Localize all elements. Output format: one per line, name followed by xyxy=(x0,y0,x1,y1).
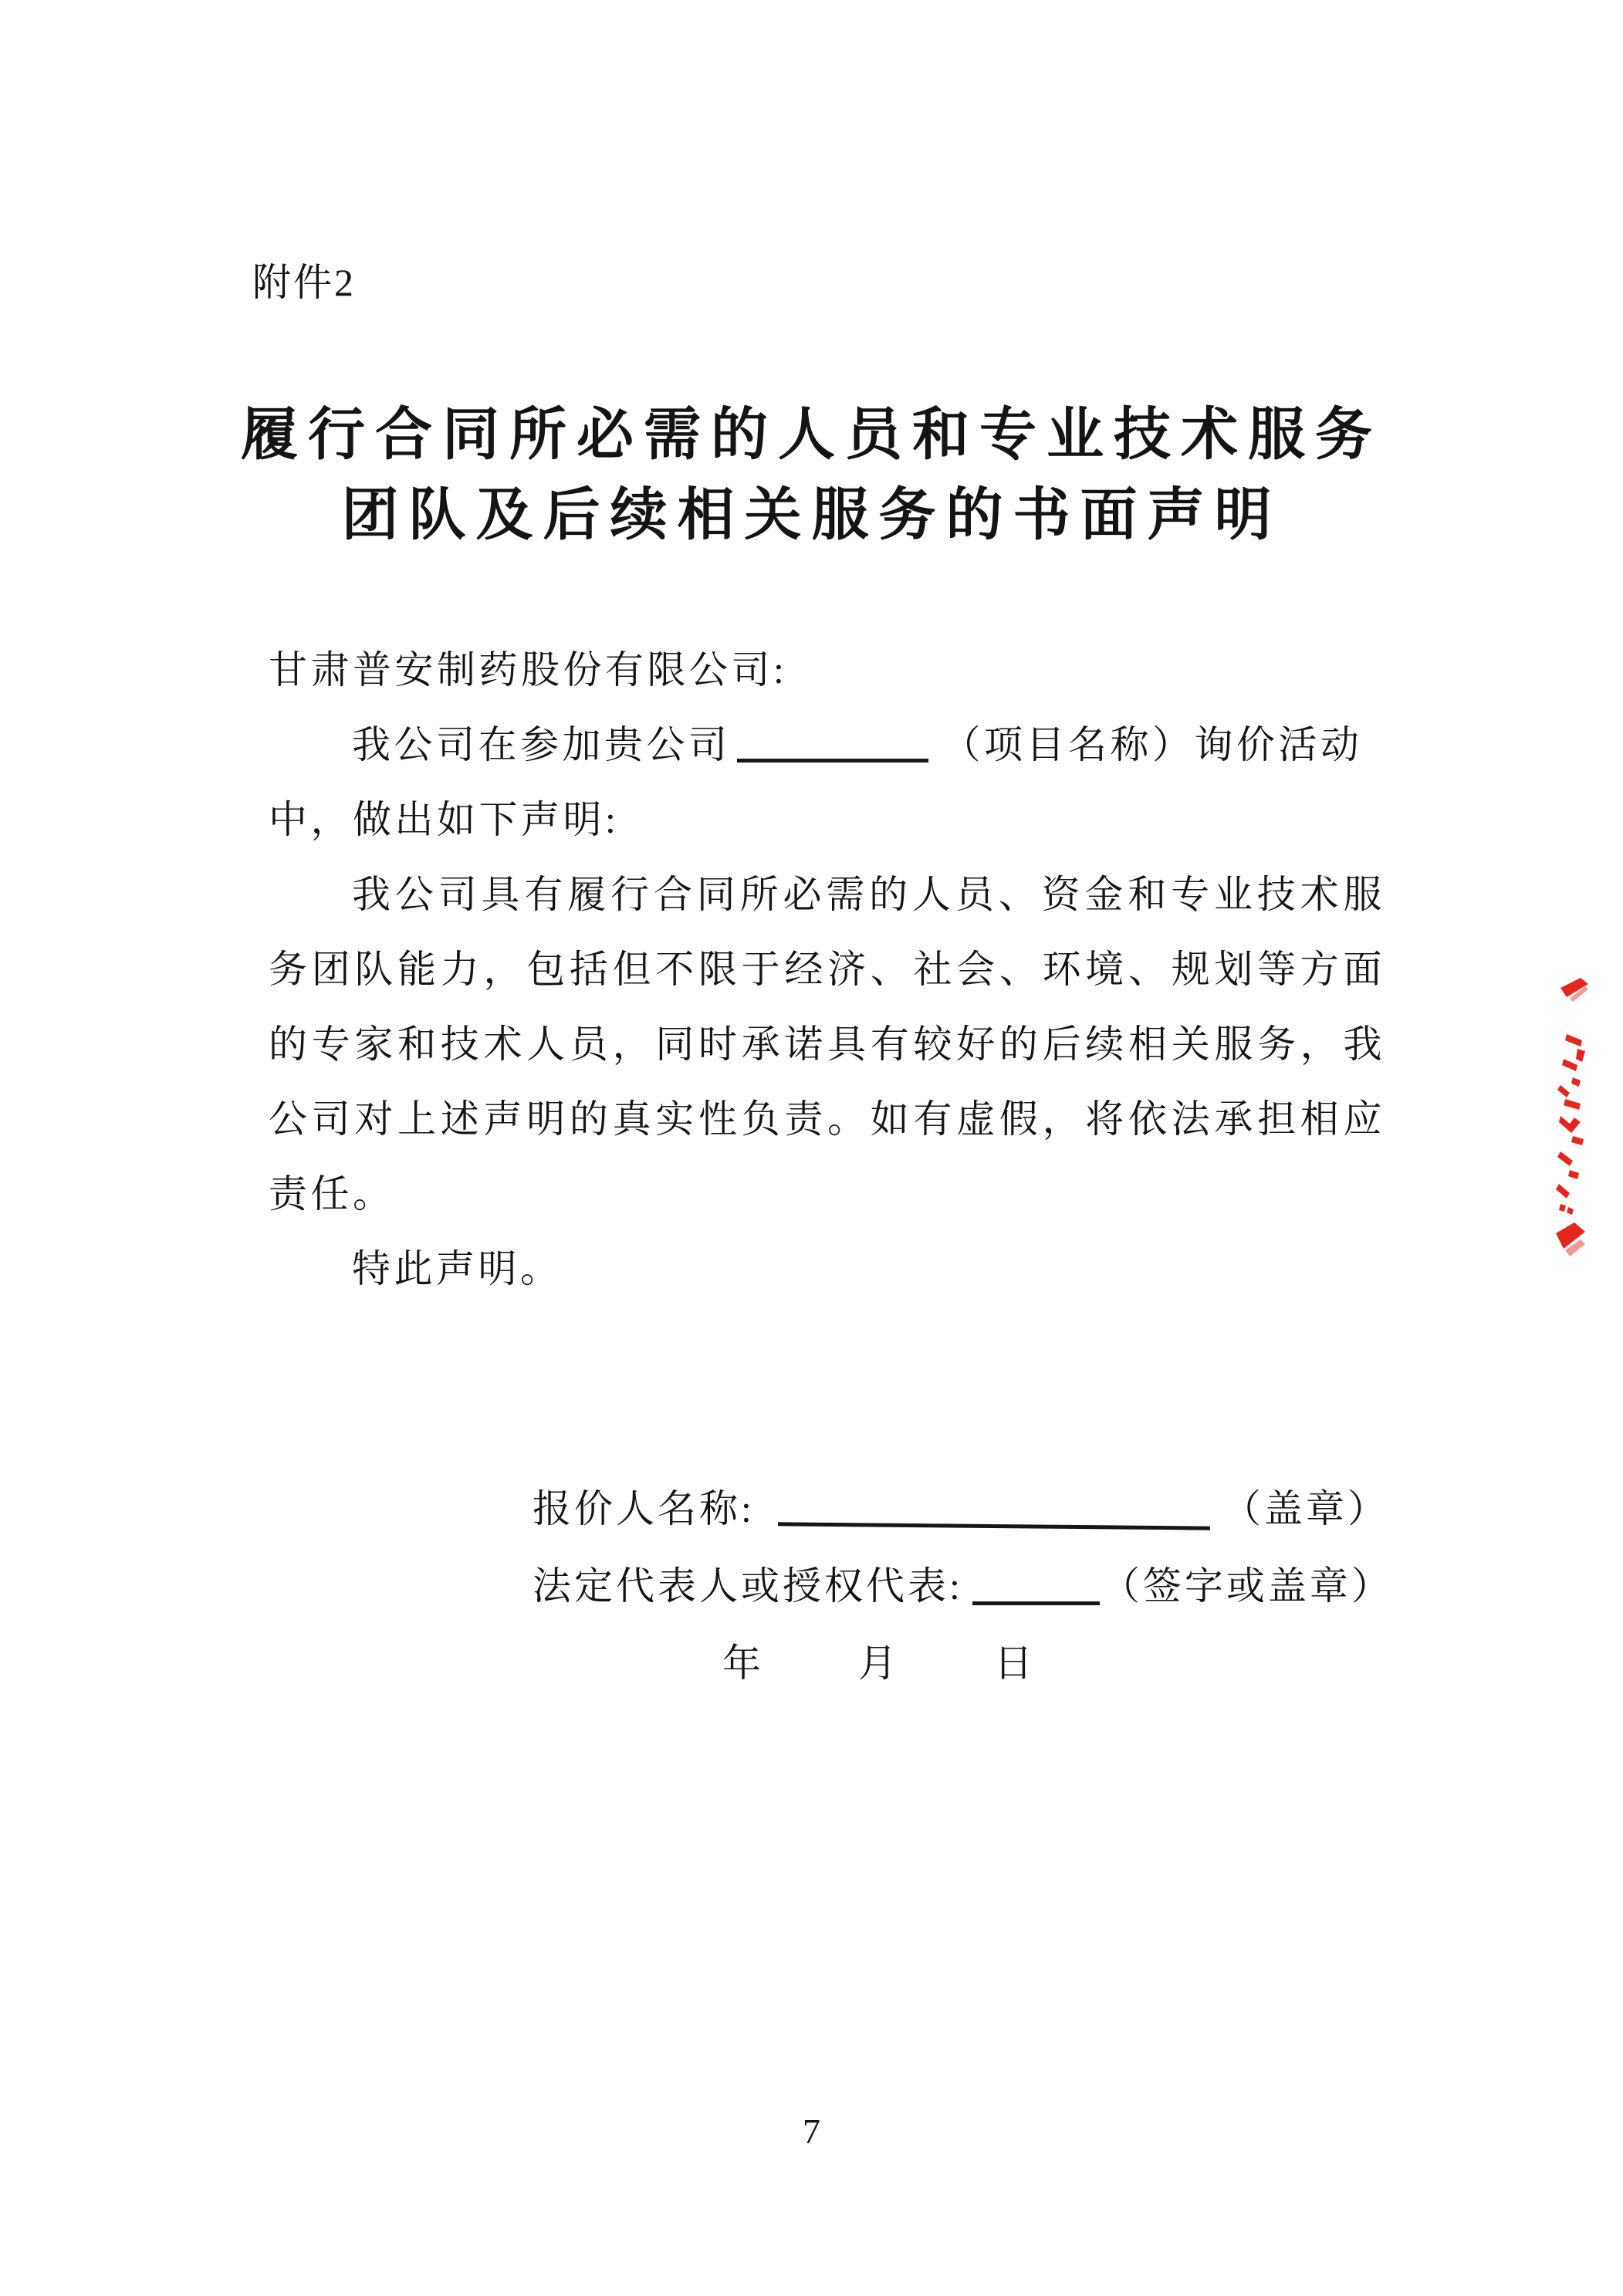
seal-note: （盖章） xyxy=(1222,1487,1389,1530)
body-text: 甘肃普安制药股份有限公司: 我公司在参加贵公司（项目名称）询价活动 中，做出如下… xyxy=(269,633,1385,1307)
body-line-project-post: （项目名称）询价活动 xyxy=(942,723,1363,766)
date-month-label: 月 xyxy=(858,1642,900,1685)
bidder-name-label: 报价人名称: xyxy=(533,1487,755,1530)
document-title-line2: 团队及后续相关服务的书面声明 xyxy=(0,475,1623,556)
bidder-name-line: 报价人名称:（盖章） xyxy=(533,1470,1459,1547)
bidder-name-blank xyxy=(778,1522,1210,1530)
body-line-project-pre: 我公司在参加贵公司 xyxy=(352,723,731,766)
date-day-label: 日 xyxy=(994,1642,1036,1685)
sign-or-seal-note: （签字或盖章） xyxy=(1101,1564,1393,1608)
red-seal-fragment xyxy=(1554,976,1594,1264)
representative-blank xyxy=(972,1601,1100,1605)
signature-block: 报价人名称:（盖章） 法定代表人或授权代表:（签字或盖章） 年月日 xyxy=(533,1470,1459,1702)
body-line-8: 责任。 xyxy=(269,1157,1385,1232)
attachment-label: 附件2 xyxy=(252,252,356,307)
document-page: 附件2 履行合同所必需的人员和专业技术服务 团队及后续相关服务的书面声明 甘肃普… xyxy=(0,0,1623,2296)
representative-line: 法定代表人或授权代表:（签字或盖章） xyxy=(533,1547,1459,1625)
body-line-6: 的专家和技术人员，同时承诺具有较好的后续相关服务，我 xyxy=(269,1007,1385,1082)
body-line-4: 我公司具有履行合同所必需的人员、资金和专业技术服 xyxy=(269,857,1385,932)
document-title: 履行合同所必需的人员和专业技术服务 团队及后续相关服务的书面声明 xyxy=(0,395,1623,556)
body-line-3: 中，做出如下声明: xyxy=(269,783,1385,857)
representative-label: 法定代表人或授权代表: xyxy=(533,1564,963,1608)
page-number: 7 xyxy=(0,2111,1623,2152)
body-line-project: 我公司在参加贵公司（项目名称）询价活动 xyxy=(269,708,1385,783)
salutation-line: 甘肃普安制药股份有限公司: xyxy=(269,633,1385,708)
body-line-7: 公司对上述声明的真实性负责。如有虚假，将依法承担相应 xyxy=(269,1082,1385,1157)
body-line-5: 务团队能力，包括但不限于经济、社会、环境、规划等方面 xyxy=(269,932,1385,1007)
date-year-label: 年 xyxy=(722,1642,764,1685)
project-name-blank xyxy=(737,759,928,763)
declaration-closing-line: 特此声明。 xyxy=(269,1232,1385,1307)
document-title-line1: 履行合同所必需的人员和专业技术服务 xyxy=(0,395,1623,475)
date-line: 年月日 xyxy=(533,1625,1459,1702)
